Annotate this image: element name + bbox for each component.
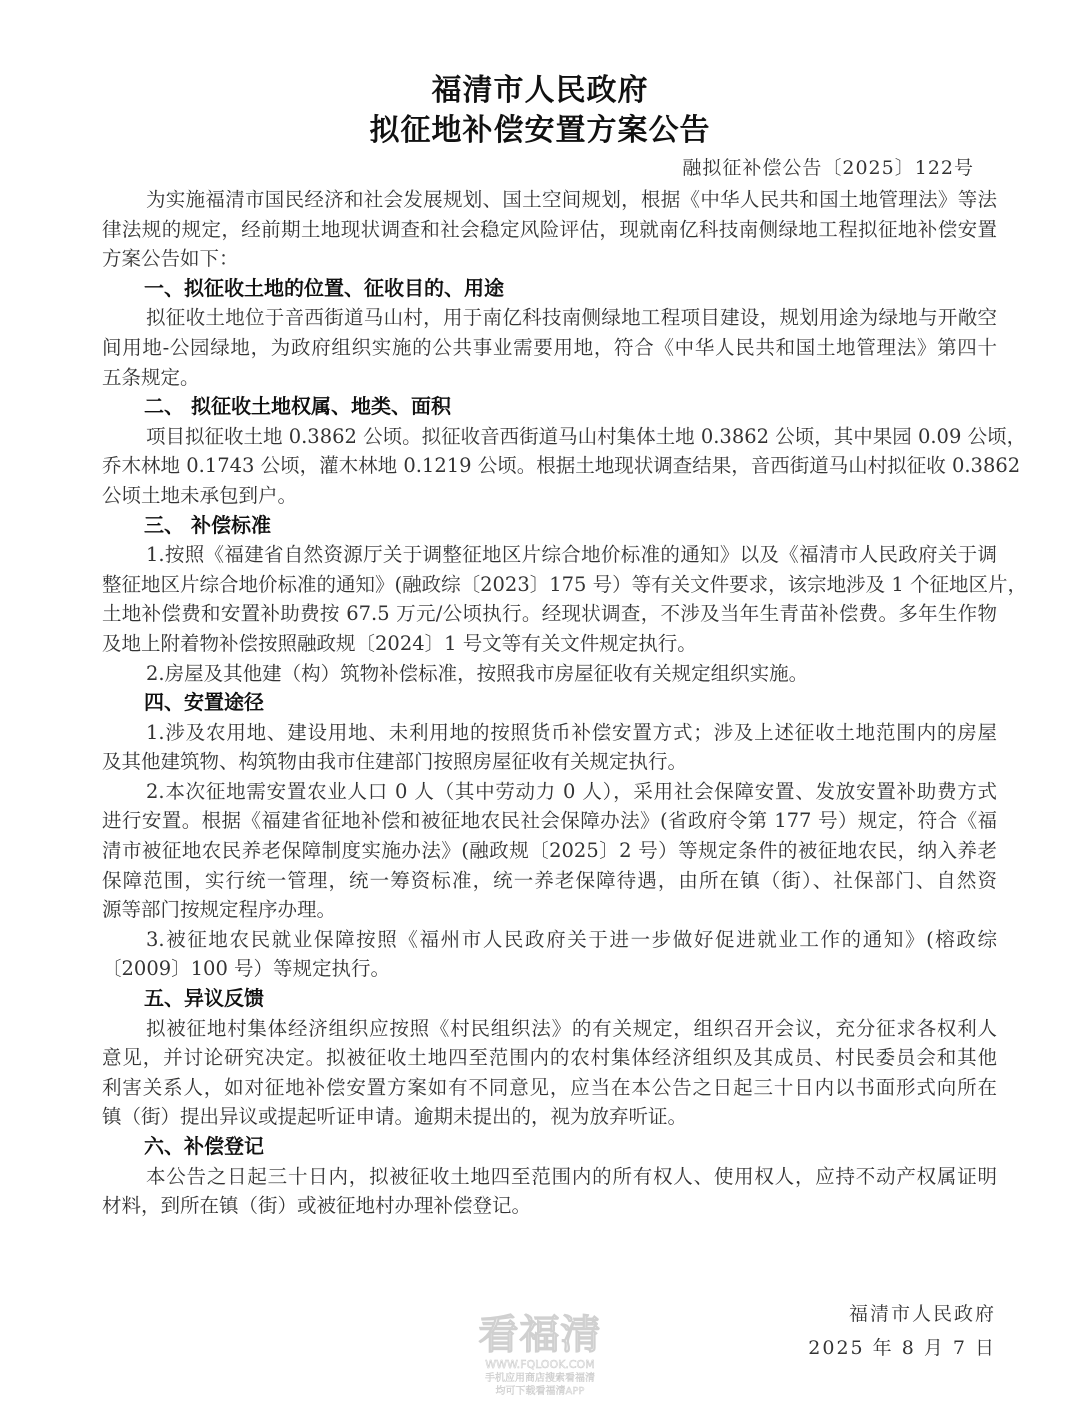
intro-paragraph: 为实施福清市国民经济和社会发展规划、国土空间规划，根据《中华人民共和国土地管理法… — [102, 185, 997, 274]
title-issuer: 福清市人民政府 — [0, 72, 1080, 110]
section-objection-feedback: 五、异议反馈 拟被征地村集体经济组织应按照《村民组织法》的有关规定，组织召开会议… — [102, 984, 997, 1132]
text-line: 乔木林地 0.1743 公顷，灌木林地 0.1219 公顷。根据土地现状调查结果… — [102, 451, 997, 481]
text-line: 2.本次征地需安置农业人口 0 人（其中劳动力 0 人），采用社会保障安置、发放… — [102, 777, 997, 807]
text-line: 拟被征地村集体经济组织应按照《村民组织法》的有关规定，组织召开会议，充分征求各权… — [102, 1014, 997, 1044]
text-line: 方案公告如下： — [102, 244, 997, 274]
text-line: 1.涉及农用地、建设用地、未利用地的按照货币补偿安置方式；涉及上述征收土地范围内… — [102, 718, 997, 748]
signature-organization: 福清市人民政府 — [849, 1300, 996, 1328]
text-line: 进行安置。根据《福建省征地补偿和被征地农民社会保障办法》(省政府令第 177 号… — [102, 806, 997, 836]
section-compensation-registration: 六、补偿登记 本公告之日起三十日内，拟被征收土地四至范围内的所有权人、使用权人，… — [102, 1132, 997, 1221]
text-line: 为实施福清市国民经济和社会发展规划、国土空间规划，根据《中华人民共和国土地管理法… — [102, 185, 997, 215]
section-heading: 二、 拟征收土地权属、地类、面积 — [102, 392, 997, 422]
text-line: 〔2009〕100 号）等规定执行。 — [102, 954, 997, 984]
text-line: 保障范围，实行统一管理，统一筹资标准，统一养老保障待遇，由所在镇（街）、社保部门… — [102, 866, 997, 896]
text-line: 公顷土地未承包到户。 — [102, 481, 997, 511]
text-line: 律法规的规定，经前期土地现状调查和社会稳定风险评估，现就南亿科技南侧绿地工程拟征… — [102, 215, 997, 245]
text-line: 本公告之日起三十日内，拟被征收土地四至范围内的所有权人、使用权人，应持不动产权属… — [102, 1162, 997, 1192]
text-line: 及其他建筑物、构筑物由我市住建部门按照房屋征收有关规定执行。 — [102, 747, 997, 777]
signature-date: 2025 年 8 月 7 日 — [808, 1334, 996, 1362]
text-line: 2.房屋及其他建（构）筑物补偿标准，按照我市房屋征收有关规定组织实施。 — [102, 659, 997, 689]
section-compensation-standard: 三、 补偿标准 1.按照《福建省自然资源厅关于调整征地区片综合地价标准的通知》以… — [102, 511, 997, 689]
section-location-purpose: 一、拟征收土地的位置、征收目的、用途 拟征收土地位于音西街道马山村，用于南亿科技… — [102, 274, 997, 392]
text-line: 镇（街）提出异议或提起听证申请。逾期未提出的，视为放弃听证。 — [102, 1102, 997, 1132]
watermark-line2: 均可下载看福清APP — [470, 1385, 610, 1398]
section-heading: 六、补偿登记 — [102, 1132, 997, 1162]
text-line: 1.按照《福建省自然资源厅关于调整征地区片综合地价标准的通知》以及《福清市人民政… — [102, 540, 997, 570]
watermark-url: WWW.FQLOOK.COM — [470, 1358, 610, 1372]
text-line: 整征地区片综合地价标准的通知》(融政综〔2023〕175 号）等有关文件要求，该… — [102, 570, 997, 600]
text-line: 及地上附着物补偿按照融政规〔2024〕1 号文等有关文件规定执行。 — [102, 629, 997, 659]
text-line: 清市被征地农民养老保障制度实施办法》(融政规〔2025〕2 号）等规定条件的被征… — [102, 836, 997, 866]
document-number: 融拟征补偿公告〔2025〕122号 — [682, 154, 974, 182]
document-page: 福清市人民政府 拟征地补偿安置方案公告 融拟征补偿公告〔2025〕122号 为实… — [0, 0, 1080, 1428]
text-line: 3.被征地农民就业保障按照《福州市人民政府关于进一步做好促进就业工作的通知》(榕… — [102, 925, 997, 955]
text-line: 拟征收土地位于音西街道马山村，用于南亿科技南侧绿地工程项目建设，规划用途为绿地与… — [102, 303, 997, 333]
watermark: 看福清 WWW.FQLOOK.COM 手机应用商店搜索看福清 均可下载看福清AP… — [470, 1312, 610, 1398]
section-heading: 五、异议反馈 — [102, 984, 997, 1014]
section-resettlement: 四、安置途径 1.涉及农用地、建设用地、未利用地的按照货币补偿安置方式；涉及上述… — [102, 688, 997, 984]
text-line: 五条规定。 — [102, 363, 997, 393]
text-line: 源等部门按规定程序办理。 — [102, 895, 997, 925]
section-ownership-area: 二、 拟征收土地权属、地类、面积 项目拟征收土地 0.3862 公顷。拟征收音西… — [102, 392, 997, 510]
document-body: 为实施福清市国民经济和社会发展规划、国土空间规划，根据《中华人民共和国土地管理法… — [102, 185, 997, 1221]
section-heading: 三、 补偿标准 — [102, 511, 997, 541]
text-line: 材料，到所在镇（街）或被征地村办理补偿登记。 — [102, 1191, 997, 1221]
watermark-brand: 看福清 — [470, 1312, 610, 1358]
text-line: 项目拟征收土地 0.3862 公顷。拟征收音西街道马山村集体土地 0.3862 … — [102, 422, 997, 452]
text-line: 间用地-公园绿地，为政府组织实施的公共事业需要用地，符合《中华人民共和国土地管理… — [102, 333, 997, 363]
section-heading: 一、拟征收土地的位置、征收目的、用途 — [102, 274, 997, 304]
watermark-line1: 手机应用商店搜索看福清 — [470, 1372, 610, 1385]
title-notice: 拟征地补偿安置方案公告 — [0, 112, 1080, 150]
text-line: 意见，并讨论研究决定。拟被征收土地四至范围内的农村集体经济组织及其成员、村民委员… — [102, 1043, 997, 1073]
text-line: 土地补偿费和安置补助费按 67.5 万元/公顷执行。经现状调查，不涉及当年生青苗… — [102, 599, 997, 629]
text-line: 利害关系人，如对征地补偿安置方案如有不同意见，应当在本公告之日起三十日内以书面形… — [102, 1073, 997, 1103]
section-heading: 四、安置途径 — [102, 688, 997, 718]
